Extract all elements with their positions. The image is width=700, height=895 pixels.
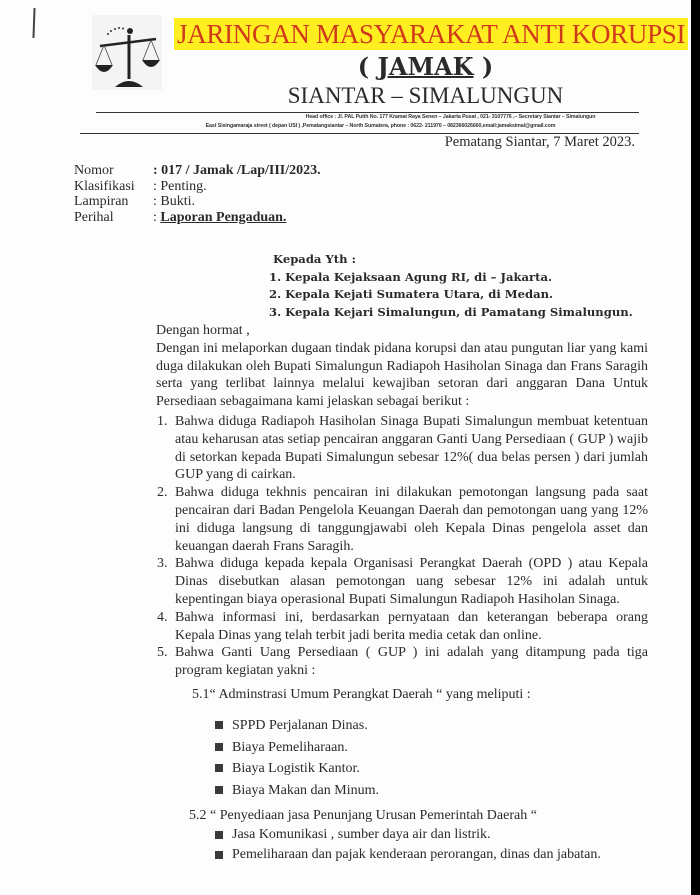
meta-row-perihal: Perihal: Laporan Pengaduan. xyxy=(74,210,321,226)
bullet-item: Biaya Pemeliharaan. xyxy=(215,737,379,759)
item-number: 3. xyxy=(157,555,175,608)
bullet-item: SPPD Perjalanan Dinas. xyxy=(215,715,379,737)
acronym-text: JAMAK xyxy=(377,52,473,81)
bullet-item: Pemeliharaan dan pajak kenderaan peroran… xyxy=(215,845,645,865)
address-line-secretary: East Sisingamaraja street ( depan USI ) … xyxy=(0,123,691,129)
meta-label: Perihal xyxy=(74,210,153,226)
meta-colon: : xyxy=(153,210,160,226)
section-heading-5-1: 5.1“ Adminstrasi Umum Perangkat Daerah “… xyxy=(192,687,531,703)
address-line-head-office: Head office : Jl. PAL Putih No. 177 Kram… xyxy=(0,114,691,120)
meta-value: : Penting. xyxy=(153,179,207,195)
bullet-text: Biaya Logistik Kantor. xyxy=(232,758,360,780)
letter-date: Pematang Siantar, 7 Maret 2023. xyxy=(445,134,635,151)
recipients-heading: Kepada Yth : xyxy=(273,251,633,269)
item-text: Bahwa informasi ini, berdasarkan pernyat… xyxy=(175,609,648,645)
item-number: 1. xyxy=(157,413,175,484)
greeting: Dengan hormat , xyxy=(156,322,648,340)
allegation-item: 1.Bahwa diduga Radiapoh Hasiholan Sinaga… xyxy=(157,413,648,484)
organization-title: JARINGAN MASYARAKAT ANTI KORUPSI xyxy=(174,18,688,50)
square-bullet-icon xyxy=(215,851,223,859)
square-bullet-icon xyxy=(215,721,223,729)
item-number: 5. xyxy=(157,644,175,680)
allegation-item: 5.Bahwa Ganti Uang Persediaan ( GUP ) in… xyxy=(157,644,648,680)
bullet-text: Jasa Komunikasi , sumber daya air dan li… xyxy=(232,825,645,845)
item-text: Bahwa diduga Radiapoh Hasiholan Sinaga B… xyxy=(175,413,648,484)
bullet-text: Biaya Makan dan Minum. xyxy=(232,780,379,802)
meta-label: Klasifikasi xyxy=(74,179,153,195)
recipient-item: 1. Kepala Kejaksaan Agung RI, di – Jakar… xyxy=(269,269,633,287)
bullet-text: SPPD Perjalanan Dinas. xyxy=(232,715,368,737)
meta-row-lampiran: Lampiran: Bukti. xyxy=(74,194,321,210)
item-text: Bahwa Ganti Uang Persediaan ( GUP ) ini … xyxy=(175,644,648,680)
letter-intro: Dengan hormat , Dengan ini melaporkan du… xyxy=(156,322,648,411)
organization-region: SIANTAR – SIMALUNGUN xyxy=(0,83,691,109)
letter-page: JARINGAN MASYARAKAT ANTI KORUPSI ( JAMAK… xyxy=(0,0,691,895)
meta-value: : 017 / Jamak /Lap/III/2023. xyxy=(153,163,321,179)
allegation-list: 1.Bahwa diduga Radiapoh Hasiholan Sinaga… xyxy=(157,413,648,680)
recipient-item: 3. Kepala Kejari Simalungun, di Pamatang… xyxy=(269,304,633,322)
letter-meta: Nomor: 017 / Jamak /Lap/III/2023. Klasif… xyxy=(74,163,321,225)
meta-label: Lampiran xyxy=(74,194,153,210)
bullet-text: Biaya Pemeliharaan. xyxy=(232,737,348,759)
square-bullet-icon xyxy=(215,764,223,772)
square-bullet-icon xyxy=(215,786,223,794)
square-bullet-icon xyxy=(215,743,223,751)
header-divider-top xyxy=(96,112,639,113)
allegation-item: 2.Bahwa diduga tekhnis pencairan ini dil… xyxy=(157,484,648,555)
recipients-block: Kepada Yth : 1. Kepala Kejaksaan Agung R… xyxy=(273,251,633,321)
meta-row-nomor: Nomor: 017 / Jamak /Lap/III/2023. xyxy=(74,163,321,179)
square-bullet-icon xyxy=(215,831,223,839)
item-text: Bahwa diduga kepada kepala Organisasi Pe… xyxy=(175,555,648,608)
recipient-item: 2. Kepala Kejati Sumatera Utara, di Meda… xyxy=(269,286,633,304)
section-heading-5-2: 5.2 “ Penyediaan jasa Penunjang Urusan P… xyxy=(189,808,537,824)
section-5-2-list: Jasa Komunikasi , sumber daya air dan li… xyxy=(215,825,645,864)
section-5-1-list: SPPD Perjalanan Dinas. Biaya Pemeliharaa… xyxy=(215,715,379,802)
item-number: 2. xyxy=(157,484,175,555)
meta-value-subject: Laporan Pengaduan. xyxy=(160,210,286,226)
allegation-item: 3.Bahwa diduga kepada kepala Organisasi … xyxy=(157,555,648,608)
allegation-item: 4.Bahwa informasi ini, berdasarkan perny… xyxy=(157,609,648,645)
meta-row-klasifikasi: Klasifikasi: Penting. xyxy=(74,179,321,195)
bullet-item: Biaya Makan dan Minum. xyxy=(215,780,379,802)
bullet-item: Jasa Komunikasi , sumber daya air dan li… xyxy=(215,825,645,845)
organization-acronym: ( JAMAK ) xyxy=(0,52,691,82)
pen-mark xyxy=(32,8,35,38)
intro-paragraph: Dengan ini melaporkan dugaan tindak pida… xyxy=(156,340,648,411)
item-number: 4. xyxy=(157,609,175,645)
meta-label: Nomor xyxy=(74,163,153,179)
item-text: Bahwa diduga tekhnis pencairan ini dilak… xyxy=(175,484,648,555)
meta-value: : Bukti. xyxy=(153,194,195,210)
bullet-item: Biaya Logistik Kantor. xyxy=(215,758,379,780)
bullet-text: Pemeliharaan dan pajak kenderaan peroran… xyxy=(232,845,645,865)
paren-close: ) xyxy=(474,52,494,81)
paren-open: ( xyxy=(358,52,378,81)
